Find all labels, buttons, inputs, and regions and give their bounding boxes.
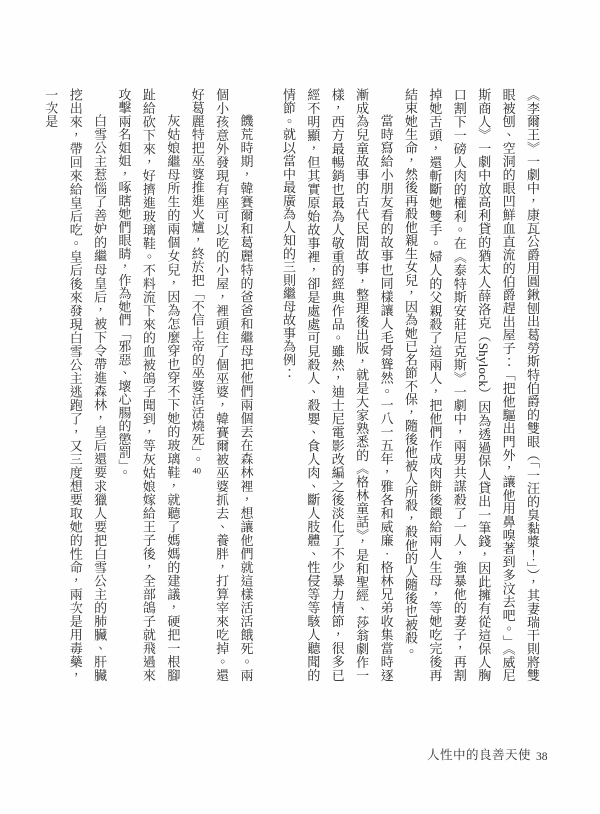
footnote-marker: 40 (192, 466, 202, 475)
paragraph-text: 灰姑娘繼母所生的兩個女兒，因為怎麼穿也穿不下她的玻璃鞋，就聽了媽媽的建議，硬把一… (117, 88, 181, 682)
paragraph-text: 白雪公主惹惱了善妒的繼母皇后，被下令帶進森林，皇后還要求獵人要把白雪公主的肺臟、… (43, 88, 107, 682)
paragraph-shakespeare: 《李爾王》一劇中，康瓦公爵用圓鍬刨出葛勞斯特伯爵的雙眼（「一汪的臭黏漿！」），其… (398, 88, 544, 682)
quote-cinderella: 灰姑娘繼母所生的兩個女兒，因為怎麼穿也穿不下她的玻璃鞋，就聽了媽媽的建議，硬把一… (111, 88, 184, 682)
paragraph-text: 當時寫給小朋友看的故事也同樣讓人毛骨聳然。一八一五年，雅各和威廉．格林兄弟收集當… (281, 88, 394, 682)
book-title: 人性中的良善天使 (427, 748, 531, 762)
paragraph-text: 饑荒時期，韓賽爾和葛麗特的爸爸和繼母把他們兩個丟在森林裡，想讓他們就這樣活活餓死… (190, 88, 254, 682)
page-text: 《李爾王》一劇中，康瓦公爵用圓鍬刨出葛勞斯特伯爵的雙眼（「一汪的臭黏漿！」），其… (54, 88, 544, 682)
paragraph-text: 《李爾王》一劇中，康瓦公爵用圓鍬刨出葛勞斯特伯爵的雙眼（「一汪的臭黏漿！」），其… (403, 88, 540, 682)
page-footer: 人性中的良善天使38 (427, 745, 548, 763)
paragraph-grimm-intro: 當時寫給小朋友看的故事也同樣讓人毛骨聳然。一八一五年，雅各和威廉．格林兄弟收集當… (276, 88, 398, 682)
page-number: 38 (536, 751, 548, 763)
quote-snow-white: 白雪公主惹惱了善妒的繼母皇后，被下令帶進森林，皇后還要求獵人要把白雪公主的肺臟、… (38, 88, 111, 682)
book-page: 《李爾王》一劇中，康瓦公爵用圓鍬刨出葛勞斯特伯爵的雙眼（「一汪的臭黏漿！」），其… (0, 0, 600, 814)
quote-hansel-gretel: 饑荒時期，韓賽爾和葛麗特的爸爸和繼母把他們兩個丟在森林裡，想讓他們就這樣活活餓死… (184, 88, 257, 682)
